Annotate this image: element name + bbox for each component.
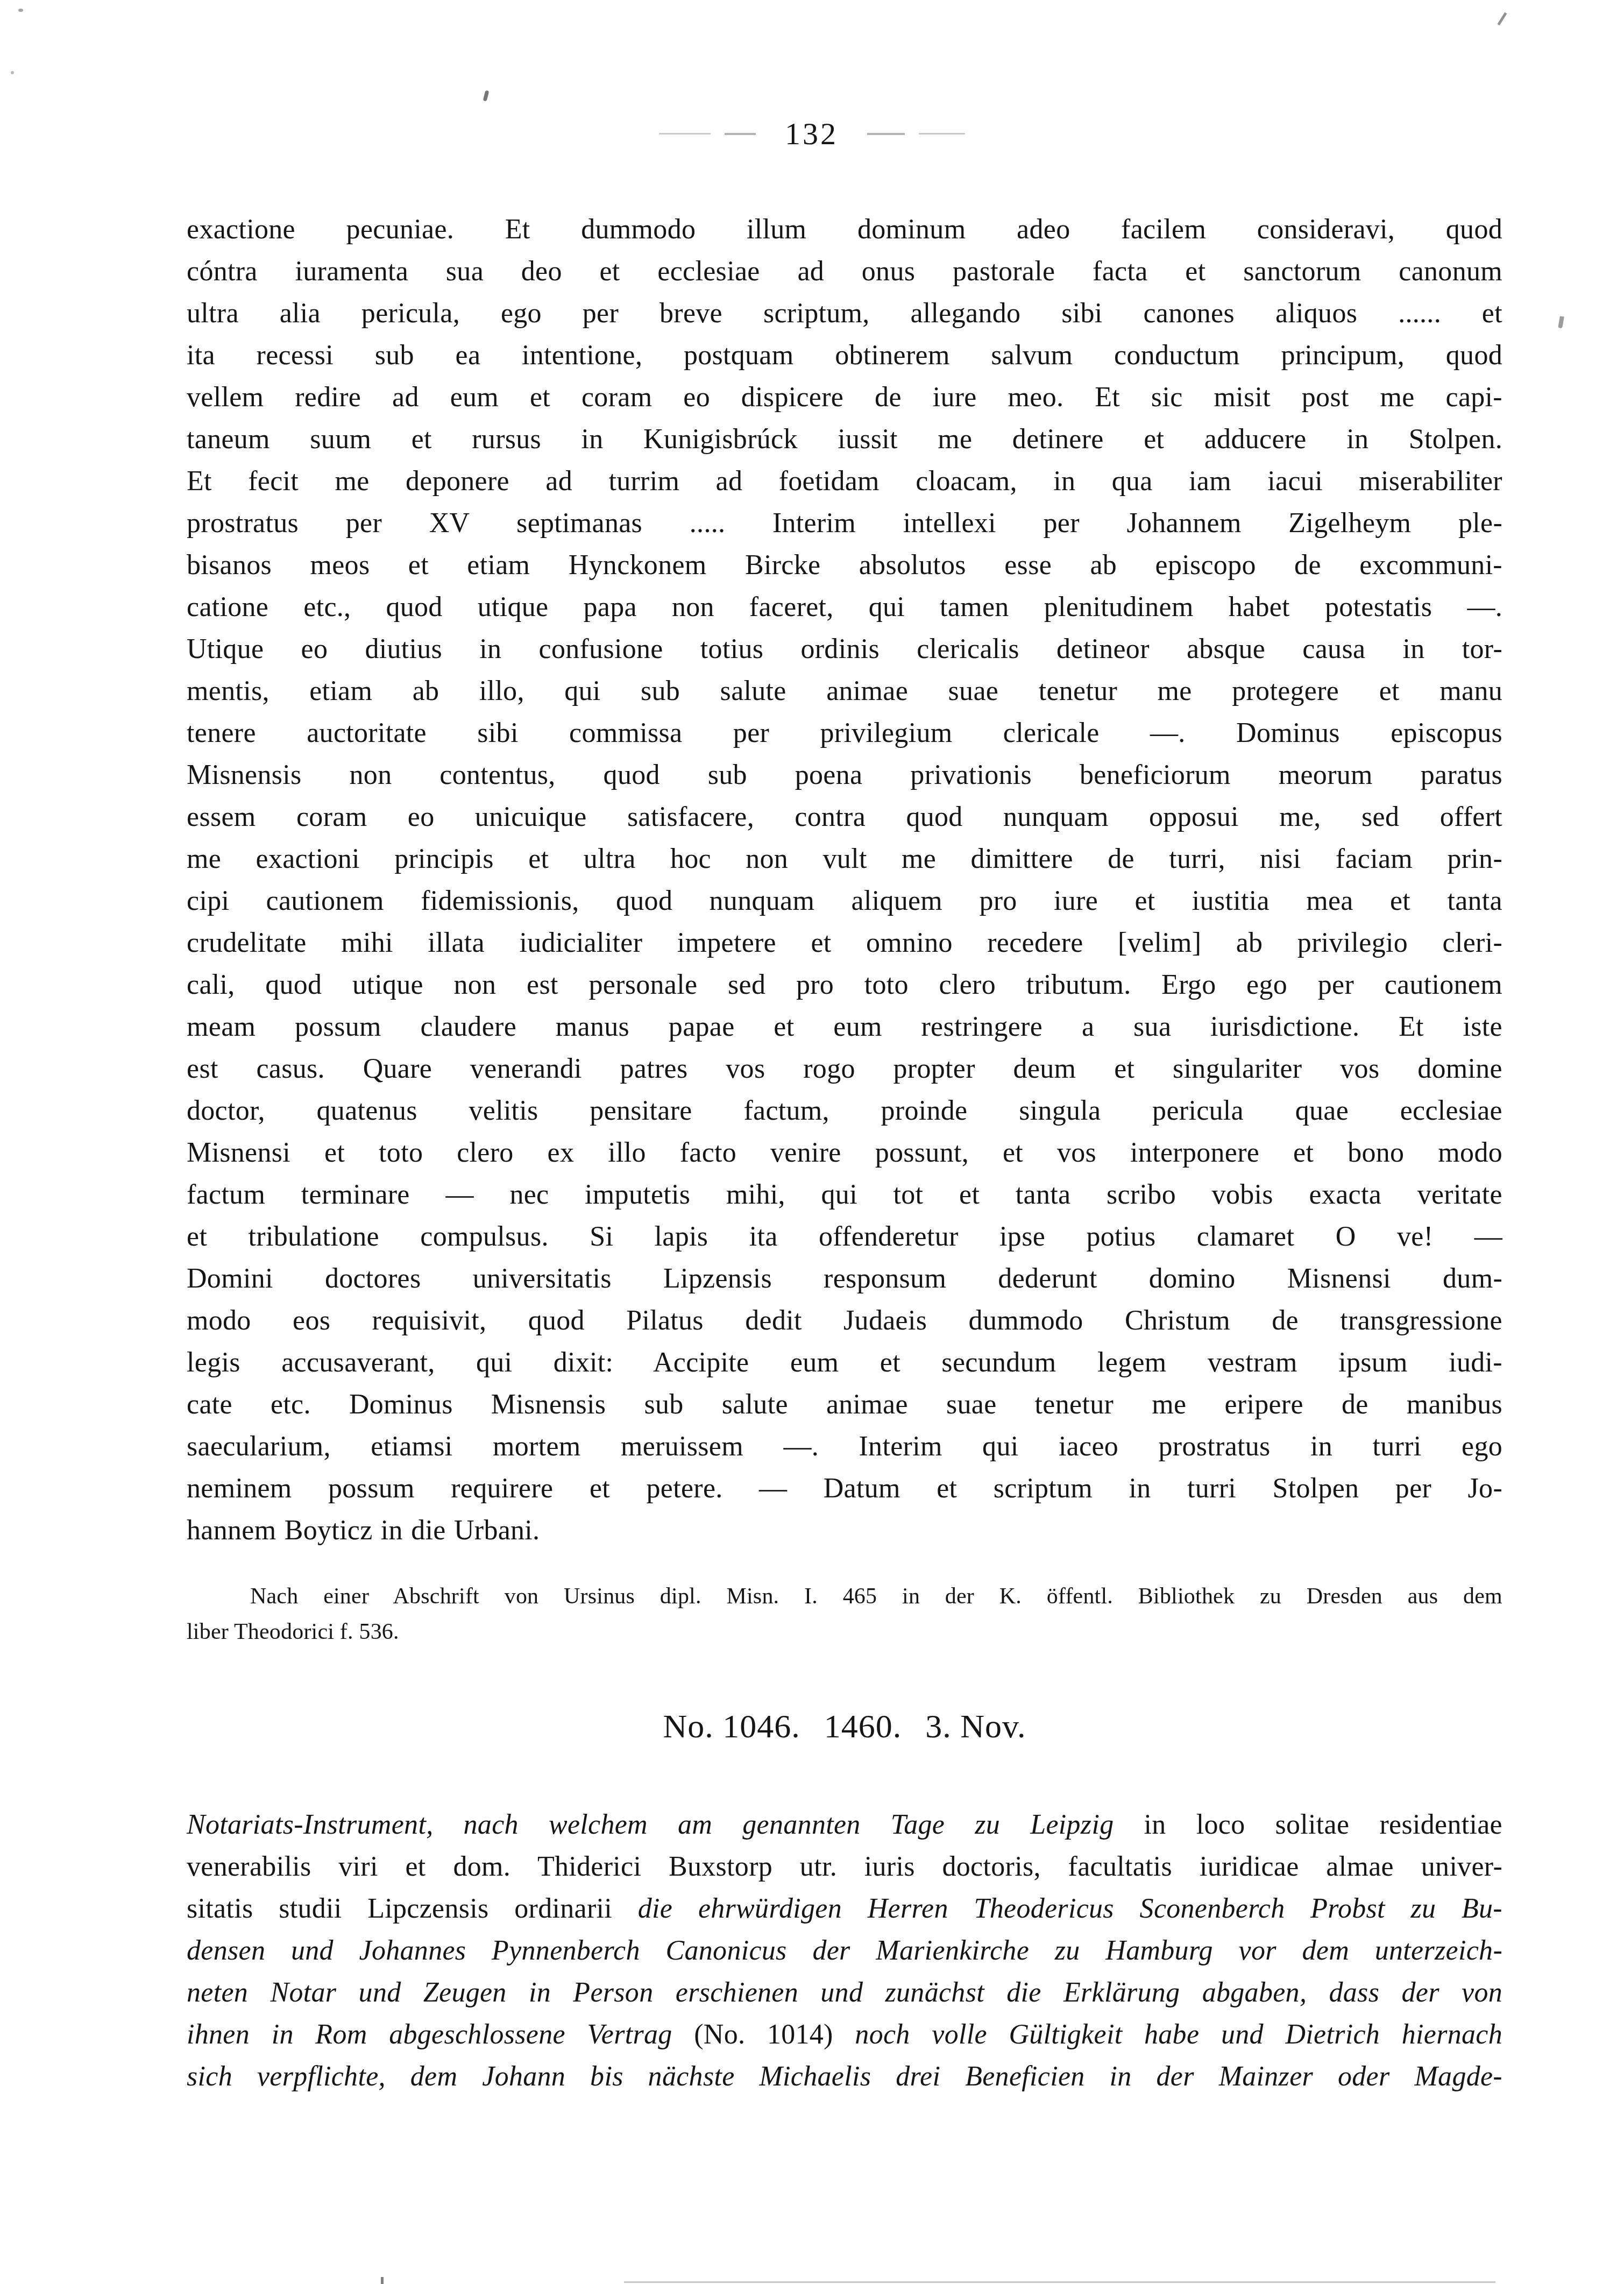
text-line: catione etc., quod utique papa non facer… xyxy=(187,586,1502,628)
text-line: Notariats-Instrument, nach welchem am ge… xyxy=(187,1804,1502,1846)
entry-number: No. 1046. xyxy=(663,1708,800,1746)
text-line: me exactioni principis et ultra hoc non … xyxy=(187,838,1502,880)
document-page: 132 exactione pecuniae. Et dummodo illum… xyxy=(0,0,1624,2284)
text-block: exactione pecuniae. Et dummodo illum dom… xyxy=(187,0,1502,2098)
text-line: ihnen in Rom abgeschlossene Vertrag (No.… xyxy=(187,2014,1502,2056)
text-line: neminem possum requirere et petere. — Da… xyxy=(187,1468,1502,1510)
text-line: est casus. Quare venerandi patres vos ro… xyxy=(187,1048,1502,1090)
roman-segment: (No. 1014) xyxy=(694,2019,833,2050)
text-line: tenere auctoritate sibi commissa per pri… xyxy=(187,712,1502,754)
text-line: ultra alia pericula, ego per breve scrip… xyxy=(187,293,1502,335)
roman-segment: sitatis studii Lipczensis ordinarii xyxy=(187,1893,638,1924)
source-note-line: Nach einer Abschrift von Ursinus dipl. M… xyxy=(187,1579,1502,1614)
scan-speck xyxy=(18,9,23,12)
source-note: Nach einer Abschrift von Ursinus dipl. M… xyxy=(187,1579,1502,1650)
notariats-instrument-paragraph: Notariats-Instrument, nach welchem am ge… xyxy=(187,1804,1502,2098)
scan-speck xyxy=(11,71,14,74)
roman-segment: in loco solitae residentiae xyxy=(1114,1809,1502,1840)
text-line: doctor, quatenus velitis pensitare factu… xyxy=(187,1090,1502,1132)
text-line: modo eos requisivit, quod Pilatus dedit … xyxy=(187,1300,1502,1342)
text-line: Misnensi et toto clero ex illo facto ven… xyxy=(187,1132,1502,1174)
text-line: sitatis studii Lipczensis ordinarii die … xyxy=(187,1888,1502,1930)
text-line: cóntra iuramenta sua deo et ecclesiae ad… xyxy=(187,251,1502,293)
text-line: exactione pecuniae. Et dummodo illum dom… xyxy=(187,209,1502,251)
text-line: saecularium, etiamsi mortem meruissem —.… xyxy=(187,1426,1502,1468)
latin-letter-paragraph: exactione pecuniae. Et dummodo illum dom… xyxy=(187,209,1502,1552)
italic-segment: noch volle Gültigkeit habe und Dietrich … xyxy=(833,2019,1502,2050)
text-line: prostratus per XV septimanas ..... Inter… xyxy=(187,503,1502,545)
text-line: factum terminare — nec imputetis mihi, q… xyxy=(187,1174,1502,1216)
text-line: vellem redire ad eum et coram eo dispice… xyxy=(187,377,1502,419)
text-line: ita recessi sub ea intentione, postquam … xyxy=(187,335,1502,377)
entry-heading: No. 1046. 1460. 3. Nov. xyxy=(187,1708,1502,1746)
text-line: taneum suum et rursus in Kunigisbrúck iu… xyxy=(187,419,1502,461)
text-line: Domini doctores universitatis Lipzensis … xyxy=(187,1258,1502,1300)
text-line: cate etc. Dominus Misnensis sub salute a… xyxy=(187,1384,1502,1426)
text-line: bisanos meos et etiam Hynckonem Bircke a… xyxy=(187,545,1502,586)
text-line: meam possum claudere manus papae et eum … xyxy=(187,1006,1502,1048)
text-line: Utique eo diutius in confusione totius o… xyxy=(187,628,1502,670)
text-line: cali, quod utique non est personale sed … xyxy=(187,964,1502,1006)
text-line: mentis, etiam ab illo, qui sub salute an… xyxy=(187,670,1502,712)
text-line: hannem Boyticz in die Urbani. xyxy=(187,1510,1502,1552)
entry-year: 1460. xyxy=(824,1708,902,1746)
italic-segment: densen und Johannes Pynnenberch Canonicu… xyxy=(187,1935,1502,1966)
text-line: crudelitate mihi illata iudicialiter imp… xyxy=(187,922,1502,964)
scan-speck xyxy=(1558,316,1564,328)
text-line: Et fecit me deponere ad turrim ad foetid… xyxy=(187,461,1502,503)
text-line: neten Notar und Zeugen in Person erschie… xyxy=(187,1972,1502,2014)
italic-segment: Notariats-Instrument, nach welchem am ge… xyxy=(187,1809,1114,1840)
text-line: densen und Johannes Pynnenberch Canonicu… xyxy=(187,1930,1502,1972)
italic-segment: die ehrwürdigen Herren Theodericus Scone… xyxy=(638,1893,1502,1924)
text-line: venerabilis viri et dom. Thiderici Buxst… xyxy=(187,1846,1502,1888)
text-line: legis accusaverant, qui dixit: Accipite … xyxy=(187,1342,1502,1384)
text-line: et tribulatione compulsus. Si lapis ita … xyxy=(187,1216,1502,1258)
text-line: essem coram eo unicuique satisfacere, co… xyxy=(187,796,1502,838)
source-note-line: liber Theodorici f. 536. xyxy=(187,1614,1502,1650)
italic-segment: sich verpflichte, dem Johann bis nächste… xyxy=(187,2061,1502,2092)
text-line: Misnensis non contentus, quod sub poena … xyxy=(187,754,1502,796)
italic-segment: ihnen in Rom abgeschlossene Vertrag xyxy=(187,2019,694,2050)
roman-segment: venerabilis viri et dom. Thiderici Buxst… xyxy=(187,1851,1502,1882)
text-line: cipi cautionem fidemissionis, quod nunqu… xyxy=(187,880,1502,922)
italic-segment: neten Notar und Zeugen in Person erschie… xyxy=(187,1977,1502,2008)
text-line: sich verpflichte, dem Johann bis nächste… xyxy=(187,2056,1502,2098)
scan-hairline xyxy=(624,2281,1495,2283)
entry-date: 3. Nov. xyxy=(925,1708,1026,1746)
scan-speck xyxy=(381,2277,384,2284)
